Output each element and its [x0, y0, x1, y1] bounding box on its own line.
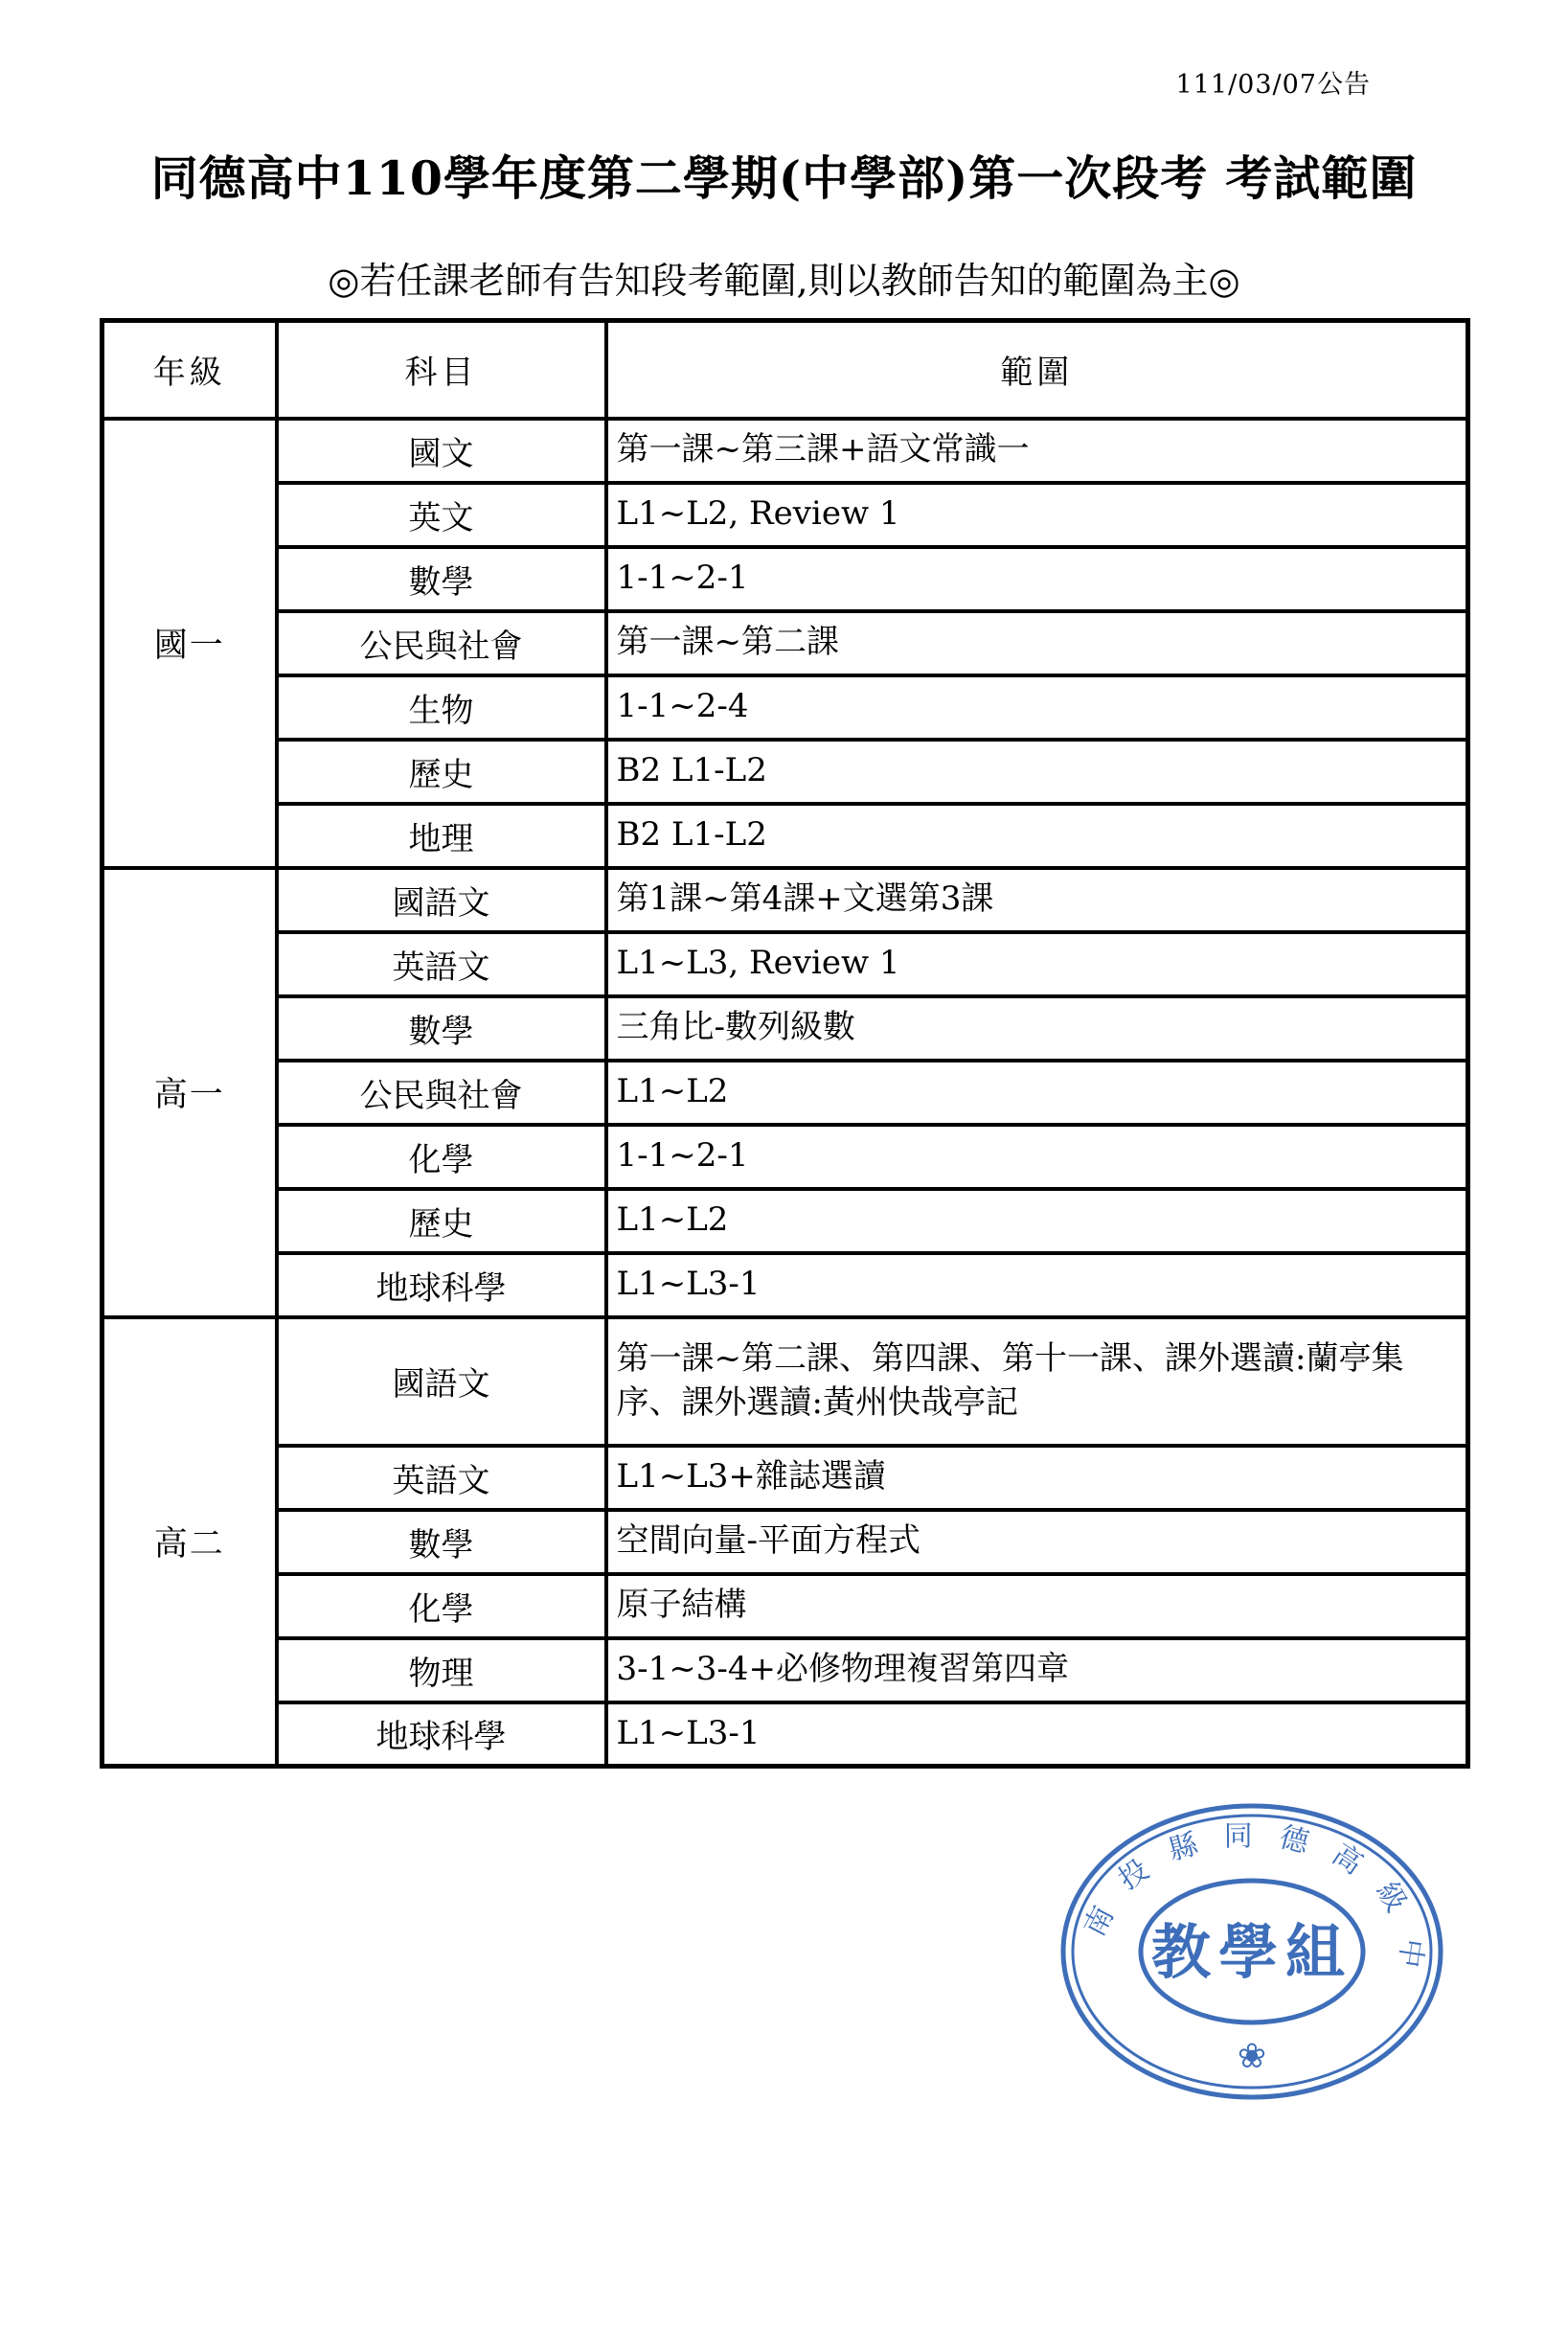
scope-cell: 第一課~第二課 [606, 611, 1468, 675]
page-title: 同德高中110學年度第二學期(中學部)第一次段考 考試範圍 [0, 142, 1568, 209]
scope-cell: 1-1~2-1 [606, 1125, 1468, 1189]
plum-blossom-icon: ❀ [1238, 2037, 1266, 2076]
scope-cell: 1-1~2-4 [606, 675, 1468, 740]
table-row: 英語文 L1~L3, Review 1 [102, 932, 1468, 996]
table-row: 地球科學 L1~L3-1 [102, 1253, 1468, 1317]
scope-cell: 3-1~3-4+必修物理複習第四章 [606, 1638, 1468, 1702]
subject-cell: 歷史 [277, 740, 606, 804]
scope-cell: L1~L3-1 [606, 1253, 1468, 1317]
subject-cell: 英文 [277, 483, 606, 547]
subject-cell: 生物 [277, 675, 606, 740]
school-seal-stamp: 南投縣同德高級中學校 教學組 ❀ [1041, 1784, 1463, 2119]
table-row: 英文 L1~L2, Review 1 [102, 483, 1468, 547]
table-row: 歷史 B2 L1-L2 [102, 740, 1468, 804]
subject-cell: 化學 [277, 1574, 606, 1638]
subject-cell: 歷史 [277, 1189, 606, 1253]
stamp-center-text: 教學組 [1151, 1917, 1352, 1987]
scope-cell: L1~L2 [606, 1189, 1468, 1253]
grade-cell: 國一 [102, 419, 277, 868]
scope-cell: L1~L3-1 [606, 1702, 1468, 1767]
table-row: 數學 三角比-數列級數 [102, 996, 1468, 1061]
scope-cell: B2 L1-L2 [606, 804, 1468, 868]
grade-cell: 高一 [102, 868, 277, 1317]
table-row: 國一 國文 第一課~第三課+語文常識一 [102, 419, 1468, 483]
table-row: 物理 3-1~3-4+必修物理複習第四章 [102, 1638, 1468, 1702]
grade-cell: 高二 [102, 1317, 277, 1767]
subject-cell: 國文 [277, 419, 606, 483]
exam-scope-table: 年級 科目 範圍 國一 國文 第一課~第三課+語文常識一 英文 L1~L2, R… [100, 318, 1470, 1769]
table-row: 公民與社會 L1~L2 [102, 1061, 1468, 1125]
subject-cell: 英語文 [277, 932, 606, 996]
table-row: 化學 1-1~2-1 [102, 1125, 1468, 1189]
subject-cell: 地球科學 [277, 1253, 606, 1317]
scope-cell: 原子結構 [606, 1574, 1468, 1638]
scope-cell: 1-1~2-1 [606, 547, 1468, 611]
document-page: 111/03/07公告 同德高中110學年度第二學期(中學部)第一次段考 考試範… [0, 0, 1568, 2330]
header-grade: 年級 [102, 321, 277, 419]
subject-cell: 數學 [277, 547, 606, 611]
scope-cell: 第1課~第4課+文選第3課 [606, 868, 1468, 932]
header-scope: 範圍 [606, 321, 1468, 419]
scope-cell: L1~L3+雜誌選讀 [606, 1446, 1468, 1510]
subject-cell: 國語文 [277, 1317, 606, 1446]
table-row: 歷史 L1~L2 [102, 1189, 1468, 1253]
table-row: 數學 空間向量-平面方程式 [102, 1510, 1468, 1574]
page-subtitle: ◎若任課老師有告知段考範圍,則以教師告知的範圍為主◎ [0, 251, 1568, 304]
table-row: 生物 1-1~2-4 [102, 675, 1468, 740]
subject-cell: 國語文 [277, 868, 606, 932]
scope-cell: L1~L2, Review 1 [606, 483, 1468, 547]
subject-cell: 數學 [277, 1510, 606, 1574]
scope-cell: 第一課~第三課+語文常識一 [606, 419, 1468, 483]
subject-cell: 地理 [277, 804, 606, 868]
subject-cell: 物理 [277, 1638, 606, 1702]
scope-cell: 三角比-數列級數 [606, 996, 1468, 1061]
table-row: 化學 原子結構 [102, 1574, 1468, 1638]
header-subject: 科目 [277, 321, 606, 419]
header-row: 年級 科目 範圍 [102, 321, 1468, 419]
subject-cell: 化學 [277, 1125, 606, 1189]
subject-cell: 數學 [277, 996, 606, 1061]
table-row: 英語文 L1~L3+雜誌選讀 [102, 1446, 1468, 1510]
table-row: 數學 1-1~2-1 [102, 547, 1468, 611]
subject-cell: 公民與社會 [277, 611, 606, 675]
table-row: 地理 B2 L1-L2 [102, 804, 1468, 868]
table-row: 高一 國語文 第1課~第4課+文選第3課 [102, 868, 1468, 932]
scope-cell: 第一課~第二課、第四課、第十一課、課外選讀:蘭亭集序、課外選讀:黃州快哉亭記 [606, 1317, 1468, 1446]
scope-cell: L1~L3, Review 1 [606, 932, 1468, 996]
scope-cell: 空間向量-平面方程式 [606, 1510, 1468, 1574]
table-row: 公民與社會 第一課~第二課 [102, 611, 1468, 675]
subject-cell: 公民與社會 [277, 1061, 606, 1125]
scope-cell: B2 L1-L2 [606, 740, 1468, 804]
subject-cell: 英語文 [277, 1446, 606, 1510]
scope-cell: L1~L2 [606, 1061, 1468, 1125]
table-row: 高二 國語文 第一課~第二課、第四課、第十一課、課外選讀:蘭亭集序、課外選讀:黃… [102, 1317, 1468, 1446]
subject-cell: 地球科學 [277, 1702, 606, 1767]
table-row: 地球科學 L1~L3-1 [102, 1702, 1468, 1767]
announcement-date: 111/03/07公告 [1176, 63, 1371, 101]
